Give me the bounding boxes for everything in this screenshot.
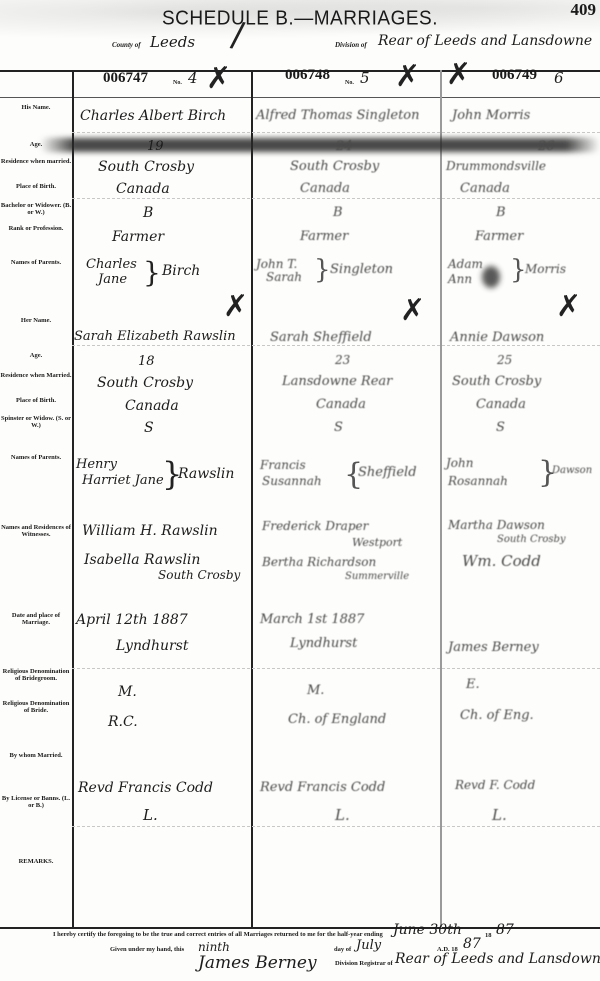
entry-2-bachelor: B: [333, 205, 343, 220]
entry-1-place: Lyndhurst: [116, 638, 188, 654]
registration-number-2: 006748: [285, 67, 330, 84]
entry-2-witness-1-residence: Westport: [352, 536, 402, 549]
entry-3-her-parent-1: John: [446, 456, 474, 470]
entry-3-place: James Berney: [448, 640, 539, 655]
entry-2-witness-1: Frederick Draper: [262, 519, 368, 533]
registrar-label: Division Registrar of: [335, 960, 393, 967]
entry-2-date: March 1st 1887: [260, 612, 364, 627]
entry-2-her-residence: Lansdowne Rear: [282, 374, 392, 389]
label-religion-bride: Religious Denomination of Bride.: [0, 700, 72, 714]
entry-1-his-parent-2: Jane: [98, 272, 127, 287]
label-her-residence: Residence when Married.: [0, 372, 72, 379]
label-residence: Residence when married.: [0, 158, 72, 165]
entry-3-religion-bride: Ch. of Eng.: [460, 708, 534, 723]
entry-number-2: 5: [360, 69, 370, 87]
entry-1-residence: South Crosby: [98, 159, 194, 175]
entry-1-witness-2: Isabella Rawslin: [84, 552, 200, 568]
entry-2-his-parents-surname: Singleton: [330, 262, 393, 277]
entry-2-rank: Farmer: [300, 229, 348, 244]
entry-3-her-birth: Canada: [476, 397, 526, 412]
entry-1-her-parents-surname: Rawslin: [178, 466, 234, 482]
entry-3-residence: Drummondsville: [446, 159, 546, 173]
entry-2-her-name: Sarah Sheffield: [270, 330, 372, 345]
label-his-parents: Names of Parents.: [0, 259, 72, 266]
entry-1-witness-1: William H. Rawslin: [82, 523, 218, 539]
label-religion-groom: Religious Denomination of Bridegroom.: [0, 668, 72, 682]
entry-1-date: April 12th 1887: [76, 612, 188, 628]
entry-1-his-parent-1: Charles: [86, 257, 137, 272]
entry-1-by-whom: Revd Francis Codd: [78, 780, 213, 796]
row-guide: [72, 132, 600, 134]
entry-1-her-residence: South Crosby: [97, 375, 193, 391]
half-year-ending-value: June 30th: [393, 922, 462, 938]
label-license: By License or Banns. (L. or B.): [0, 795, 72, 809]
division-value: Rear of Leeds and Lansdowne: [378, 33, 592, 49]
entry-2-her-birth: Canada: [316, 397, 366, 412]
month-value: July: [356, 938, 381, 953]
year-prefix-1: 18: [485, 932, 492, 939]
entry-3-witness-1: Martha Dawson: [448, 518, 545, 532]
label-place-of-birth: Place of Birth.: [0, 183, 72, 190]
page-title: SCHEDULE B.—MARRIAGES.: [0, 7, 600, 30]
check-mark-1: ✗: [206, 64, 231, 94]
label-witnesses: Names and Residences of Witnesses.: [0, 524, 72, 538]
entry-1-license: L.: [143, 806, 158, 824]
entry-1-age: 19: [147, 139, 164, 154]
label-age: Age.: [0, 141, 72, 148]
entry-3-by-whom: Revd F. Codd: [455, 778, 535, 792]
entry-3-his-parent-1: Adam: [448, 257, 483, 271]
entry-2-his-parent-2: Sarah: [266, 270, 302, 284]
entry-2-by-whom: Revd Francis Codd: [260, 780, 385, 795]
county-label: County of: [112, 41, 141, 49]
entry-1-spinster: S: [144, 420, 154, 436]
entry-2-witness-2-residence: Summerville: [345, 571, 409, 582]
entry-2-residence: South Crosby: [290, 159, 379, 174]
label-by-whom: By whom Married.: [0, 752, 72, 759]
day-value: ninth: [198, 940, 230, 954]
label-his-name: His Name.: [0, 104, 72, 111]
check-mark-2: ✗: [395, 62, 420, 92]
entry-number-3: 6: [554, 69, 564, 87]
entry-3-religion-groom: E.: [466, 677, 480, 692]
entry-1-her-parent-1: Henry: [76, 457, 117, 472]
entry-3-his-name: John Morris: [452, 108, 530, 123]
brace: }: [314, 255, 331, 285]
entry-1-religion-bride: R.C.: [108, 714, 138, 730]
label-her-birth: Place of Birth.: [0, 397, 72, 404]
entry-1-her-parent-2: Harriet Jane: [82, 473, 164, 488]
entry-2-her-parents-surname: Sheffield: [358, 465, 417, 480]
entry-2-license: L.: [335, 806, 350, 824]
day-of-label: day of: [334, 946, 351, 953]
label-her-name: Her Name.: [0, 317, 72, 324]
entry-3-witness-1-residence: South Crosby: [497, 534, 566, 545]
entry-1-his-parents-surname: Birch: [162, 263, 200, 279]
year-suffix-2: 87: [463, 936, 481, 952]
entry-2-spinster: S: [334, 420, 343, 435]
entry-1-religion-groom: M.: [118, 684, 137, 700]
entry-1-witness-2-residence: South Crosby: [158, 568, 240, 582]
entry-2-her-check: ✗: [400, 296, 425, 326]
entry-2-place-of-birth: Canada: [300, 181, 350, 196]
entry-2-his-parent-1: John T.: [256, 257, 297, 271]
entry-2-age: 24: [336, 139, 353, 154]
entry-1-her-age: 18: [138, 354, 155, 369]
label-her-age: Age.: [0, 352, 72, 359]
check-mark-3a: ✗: [446, 60, 471, 90]
given-under-hand-label: Given under my hand, this: [110, 946, 184, 953]
entry-1-rank: Farmer: [112, 229, 164, 245]
row-guide: [72, 668, 600, 670]
entry-3-her-residence: South Crosby: [452, 374, 541, 389]
no-label-1: No.: [173, 80, 182, 86]
entry-2-religion-bride: Ch. of England: [288, 712, 386, 727]
entry-3-her-name: Annie Dawson: [450, 330, 544, 345]
county-value: Leeds: [150, 33, 195, 51]
entry-1-her-check: ✗: [223, 292, 248, 322]
entry-2-her-age: 23: [335, 353, 350, 367]
entry-2-her-parent-2: Susannah: [262, 474, 322, 488]
entry-3-her-age: 25: [497, 353, 512, 367]
entry-2-her-parent-1: Francis: [260, 458, 306, 472]
entry-2-religion-groom: M.: [307, 683, 324, 698]
entry-3-her-check: ✗: [556, 292, 581, 322]
label-rank: Rank or Profession.: [0, 225, 72, 232]
entry-2-witness-2: Bertha Richardson: [262, 555, 376, 569]
entry-3-place-of-birth: Canada: [460, 181, 510, 196]
year-suffix-1: 87: [496, 922, 514, 938]
registrar-division: Rear of Leeds and Lansdowne: [395, 951, 600, 967]
entry-3-spinster: S: [496, 420, 505, 435]
entry-2-place: Lyndhurst: [290, 636, 357, 651]
row-guide: [72, 198, 600, 200]
row-guide: [72, 345, 600, 347]
label-bachelor: Bachelor or Widower. (B. or W.): [0, 202, 72, 216]
no-label-2: No.: [345, 80, 354, 86]
entry-1-bachelor: B: [143, 205, 153, 221]
entry-2-his-name: Alfred Thomas Singleton: [256, 108, 420, 123]
entry-1-her-birth: Canada: [125, 398, 179, 414]
header-bottom-rule: [0, 97, 600, 98]
division-label: Division of: [335, 41, 367, 49]
entry-3-his-parents-surname: Morris: [525, 262, 566, 276]
label-remarks: REMARKS.: [0, 858, 72, 865]
entry-3-bachelor: B: [496, 205, 506, 220]
entry-3-rank: Farmer: [475, 229, 523, 244]
entry-3-her-parents-surname: Dawson: [552, 465, 592, 476]
registration-number-1: 006747: [103, 70, 148, 87]
entry-1-place-of-birth: Canada: [116, 181, 170, 197]
label-spinster: Spinster or Widow. (S. or W.): [0, 415, 72, 429]
entry-1-her-name: Sarah Elizabeth Rawslin: [74, 329, 236, 344]
entry-3-his-parent-2: Ann: [448, 272, 472, 286]
registration-number-3: 006749: [492, 67, 537, 84]
brace: }: [143, 256, 161, 289]
entry-1-his-name: Charles Albert Birch: [80, 108, 226, 124]
registrar-signature: James Berney: [198, 953, 317, 973]
entry-3-her-parent-2: Rosannah: [448, 474, 508, 488]
certification-statement: I hereby certify the foregoing to be the…: [53, 931, 383, 938]
entry-3-license: L.: [492, 806, 507, 824]
scan-smear: [40, 138, 600, 152]
entry-number-1: 4: [188, 69, 198, 87]
entry-3-age: 26: [538, 139, 555, 154]
entry-3-witness-2: Wm. Codd: [462, 552, 541, 570]
ink-blot: [482, 266, 500, 288]
label-date-place: Date and place of Marriage.: [0, 612, 72, 626]
row-guide: [72, 826, 600, 828]
label-her-parents: Names of Parents.: [0, 454, 72, 461]
